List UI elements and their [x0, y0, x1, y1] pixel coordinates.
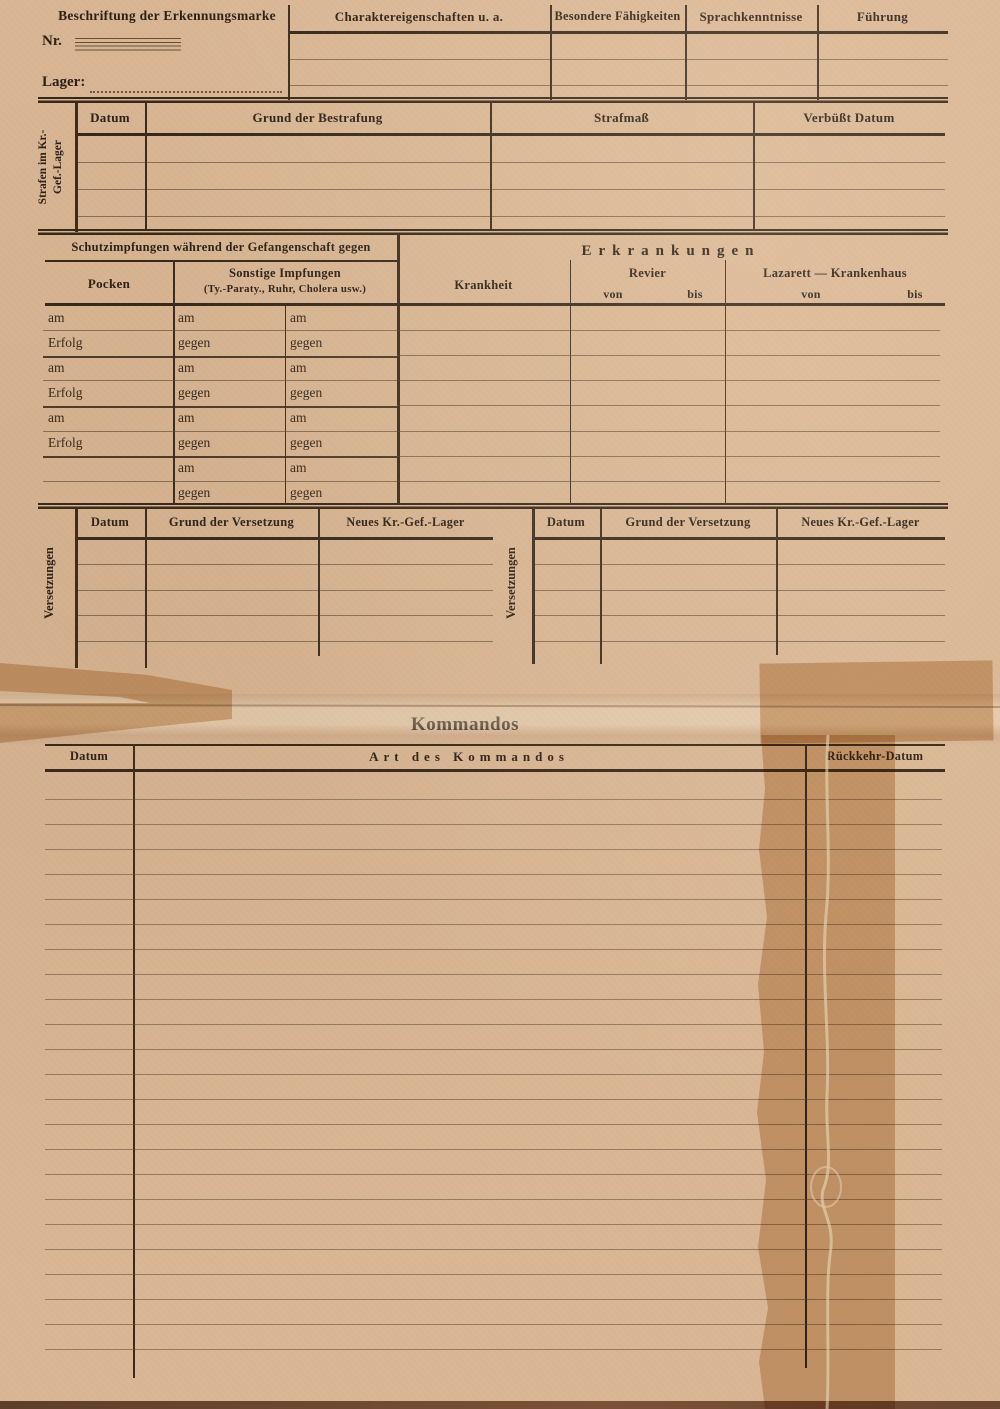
- grid-line: [318, 508, 320, 656]
- rule-line: [532, 590, 945, 591]
- vacc-cell: gegen: [290, 435, 322, 451]
- side-label-line1: Strafen im Kr.-: [36, 97, 51, 237]
- erkennungsmarke-label: Beschriftung der Erkennungsmarke: [42, 8, 292, 24]
- rule-line: [75, 162, 945, 163]
- col-besondere-faehigkeiten: Besondere Fähigkeiten: [550, 9, 685, 24]
- col-lazarett-krankenhaus: Lazarett — Krankenhaus: [725, 266, 945, 281]
- tape-tear-crease: [790, 735, 860, 1409]
- grid-line: [285, 303, 286, 505]
- section-divider: [38, 229, 948, 235]
- rule-line: [75, 590, 493, 591]
- rule-line: [75, 641, 493, 642]
- col-art-des-kommandos: Art des Kommandos: [133, 749, 805, 765]
- grid-line: [490, 102, 492, 231]
- rule-line: [532, 615, 945, 616]
- col-fuehrung: Führung: [817, 9, 948, 25]
- vacc-cell: am: [48, 360, 65, 376]
- grid-line: [685, 5, 687, 100]
- col-charaktereigenschaften: Charaktereigenschaften u. a.: [288, 9, 550, 25]
- grid-line: [288, 31, 948, 34]
- rule-line: [75, 615, 493, 616]
- nr-label: Nr.: [42, 33, 62, 50]
- rule-line: [532, 641, 945, 642]
- vacc-cell: am: [290, 410, 307, 426]
- vacc-cell: gegen: [290, 335, 322, 351]
- rule-line: [75, 216, 945, 217]
- grid-line: [817, 5, 819, 100]
- col-datum: Datum: [75, 110, 145, 126]
- col-revier-von: von: [578, 287, 648, 302]
- grid-line: [600, 508, 602, 664]
- col-datum: Datum: [532, 515, 600, 530]
- grid-line: [397, 234, 400, 505]
- transfers-side-label: Versetzungen: [504, 523, 520, 643]
- col-revier: Revier: [570, 266, 725, 281]
- col-grund-der-versetzung: Grund der Versetzung: [600, 515, 776, 530]
- vacc-cell: gegen: [178, 335, 210, 351]
- vacc-cell: am: [48, 310, 65, 326]
- col-sonstige-impfungen: Sonstige Impfungen: [173, 266, 397, 281]
- nr-ruled-lines: [75, 38, 181, 53]
- vacc-cell: gegen: [178, 385, 210, 401]
- vacc-cell: am: [290, 310, 307, 326]
- grid-line: [173, 260, 175, 505]
- rule-line: [397, 481, 940, 482]
- grid-line: [570, 260, 571, 505]
- col-krankheit: Krankheit: [397, 278, 570, 293]
- grid-line: [145, 508, 147, 668]
- grid-line: [776, 508, 778, 655]
- rule-line: [397, 456, 940, 457]
- rule-line: [43, 456, 397, 458]
- col-verbuesst-datum: Verbüßt Datum: [753, 110, 945, 126]
- grid-line: [45, 303, 945, 306]
- lager-label: Lager:: [42, 74, 85, 91]
- col-lazarett-von: von: [776, 287, 846, 302]
- vacc-cell: am: [290, 460, 307, 476]
- rule-line: [43, 481, 397, 482]
- vacc-cell: am: [178, 310, 195, 326]
- rule-line: [288, 85, 948, 86]
- grid-line: [532, 537, 945, 540]
- vacc-cell: am: [178, 410, 195, 426]
- grid-line: [550, 5, 552, 100]
- vacc-cell: gegen: [178, 485, 210, 501]
- col-sonstige-impfungen-sub: (Ty.-Paraty., Ruhr, Cholera usw.): [173, 283, 397, 295]
- rule-line: [43, 356, 397, 358]
- grid-line: [75, 537, 493, 540]
- tape-right-top: [759, 660, 993, 743]
- rule-line: [397, 405, 940, 406]
- rule-line: [43, 330, 397, 331]
- col-neues-lager: Neues Kr.-Gef.-Lager: [776, 515, 945, 530]
- rule-line: [397, 380, 940, 381]
- punishments-side-label: Strafen im Kr.- Gef.-Lager: [36, 97, 70, 237]
- col-neues-lager: Neues Kr.-Gef.-Lager: [318, 515, 493, 530]
- vacc-cell: Erfolg: [48, 335, 83, 351]
- vacc-cell: am: [48, 410, 65, 426]
- grid-line: [75, 133, 945, 136]
- vacc-cell: am: [178, 460, 195, 476]
- grid-line: [532, 508, 535, 664]
- vacc-cell: am: [290, 360, 307, 376]
- col-datum: Datum: [75, 515, 145, 530]
- section-divider: [38, 503, 948, 509]
- vacc-cell: gegen: [290, 385, 322, 401]
- col-datum: Datum: [45, 749, 133, 764]
- grid-line: [75, 508, 78, 668]
- col-sprachkenntnisse: Sprachkenntnisse: [685, 9, 817, 25]
- rule-line: [397, 355, 940, 356]
- rule-line: [75, 564, 493, 565]
- grid-line: [145, 102, 147, 231]
- grid-line: [288, 5, 290, 100]
- grid-line: [75, 102, 78, 232]
- grid-line: [753, 102, 755, 231]
- vacc-cell: gegen: [290, 485, 322, 501]
- col-pocken: Pocken: [45, 276, 173, 292]
- rule-line: [288, 59, 948, 60]
- col-lazarett-bis: bis: [880, 287, 950, 302]
- illnesses-title: Erkrankungen: [397, 243, 945, 260]
- vacc-cell: am: [178, 360, 195, 376]
- rule-line: [43, 406, 397, 408]
- rule-line: [397, 431, 940, 432]
- transfers-side-label: Versetzungen: [42, 523, 58, 643]
- rule-line: [397, 330, 940, 331]
- rule-line: [532, 564, 945, 565]
- rule-line: [75, 189, 945, 190]
- grid-line: [45, 260, 397, 262]
- vacc-cell: Erfolg: [48, 385, 83, 401]
- col-grund-der-versetzung: Grund der Versetzung: [145, 515, 318, 530]
- section-divider: [38, 97, 948, 103]
- grid-line: [725, 260, 726, 505]
- grid-line: [133, 744, 135, 1378]
- side-label-line2: Gef.-Lager: [51, 97, 66, 237]
- vacc-cell: Erfolg: [48, 435, 83, 451]
- col-strafmass: Strafmaß: [490, 110, 753, 126]
- col-grund-der-bestrafung: Grund der Bestrafung: [145, 110, 490, 126]
- col-revier-bis: bis: [660, 287, 730, 302]
- rule-line: [43, 380, 397, 381]
- lager-dotted-line: [90, 78, 282, 93]
- vacc-cell: gegen: [178, 435, 210, 451]
- vaccinations-header: Schutzimpfungen während der Gefangenscha…: [45, 240, 397, 255]
- rule-line: [43, 431, 397, 432]
